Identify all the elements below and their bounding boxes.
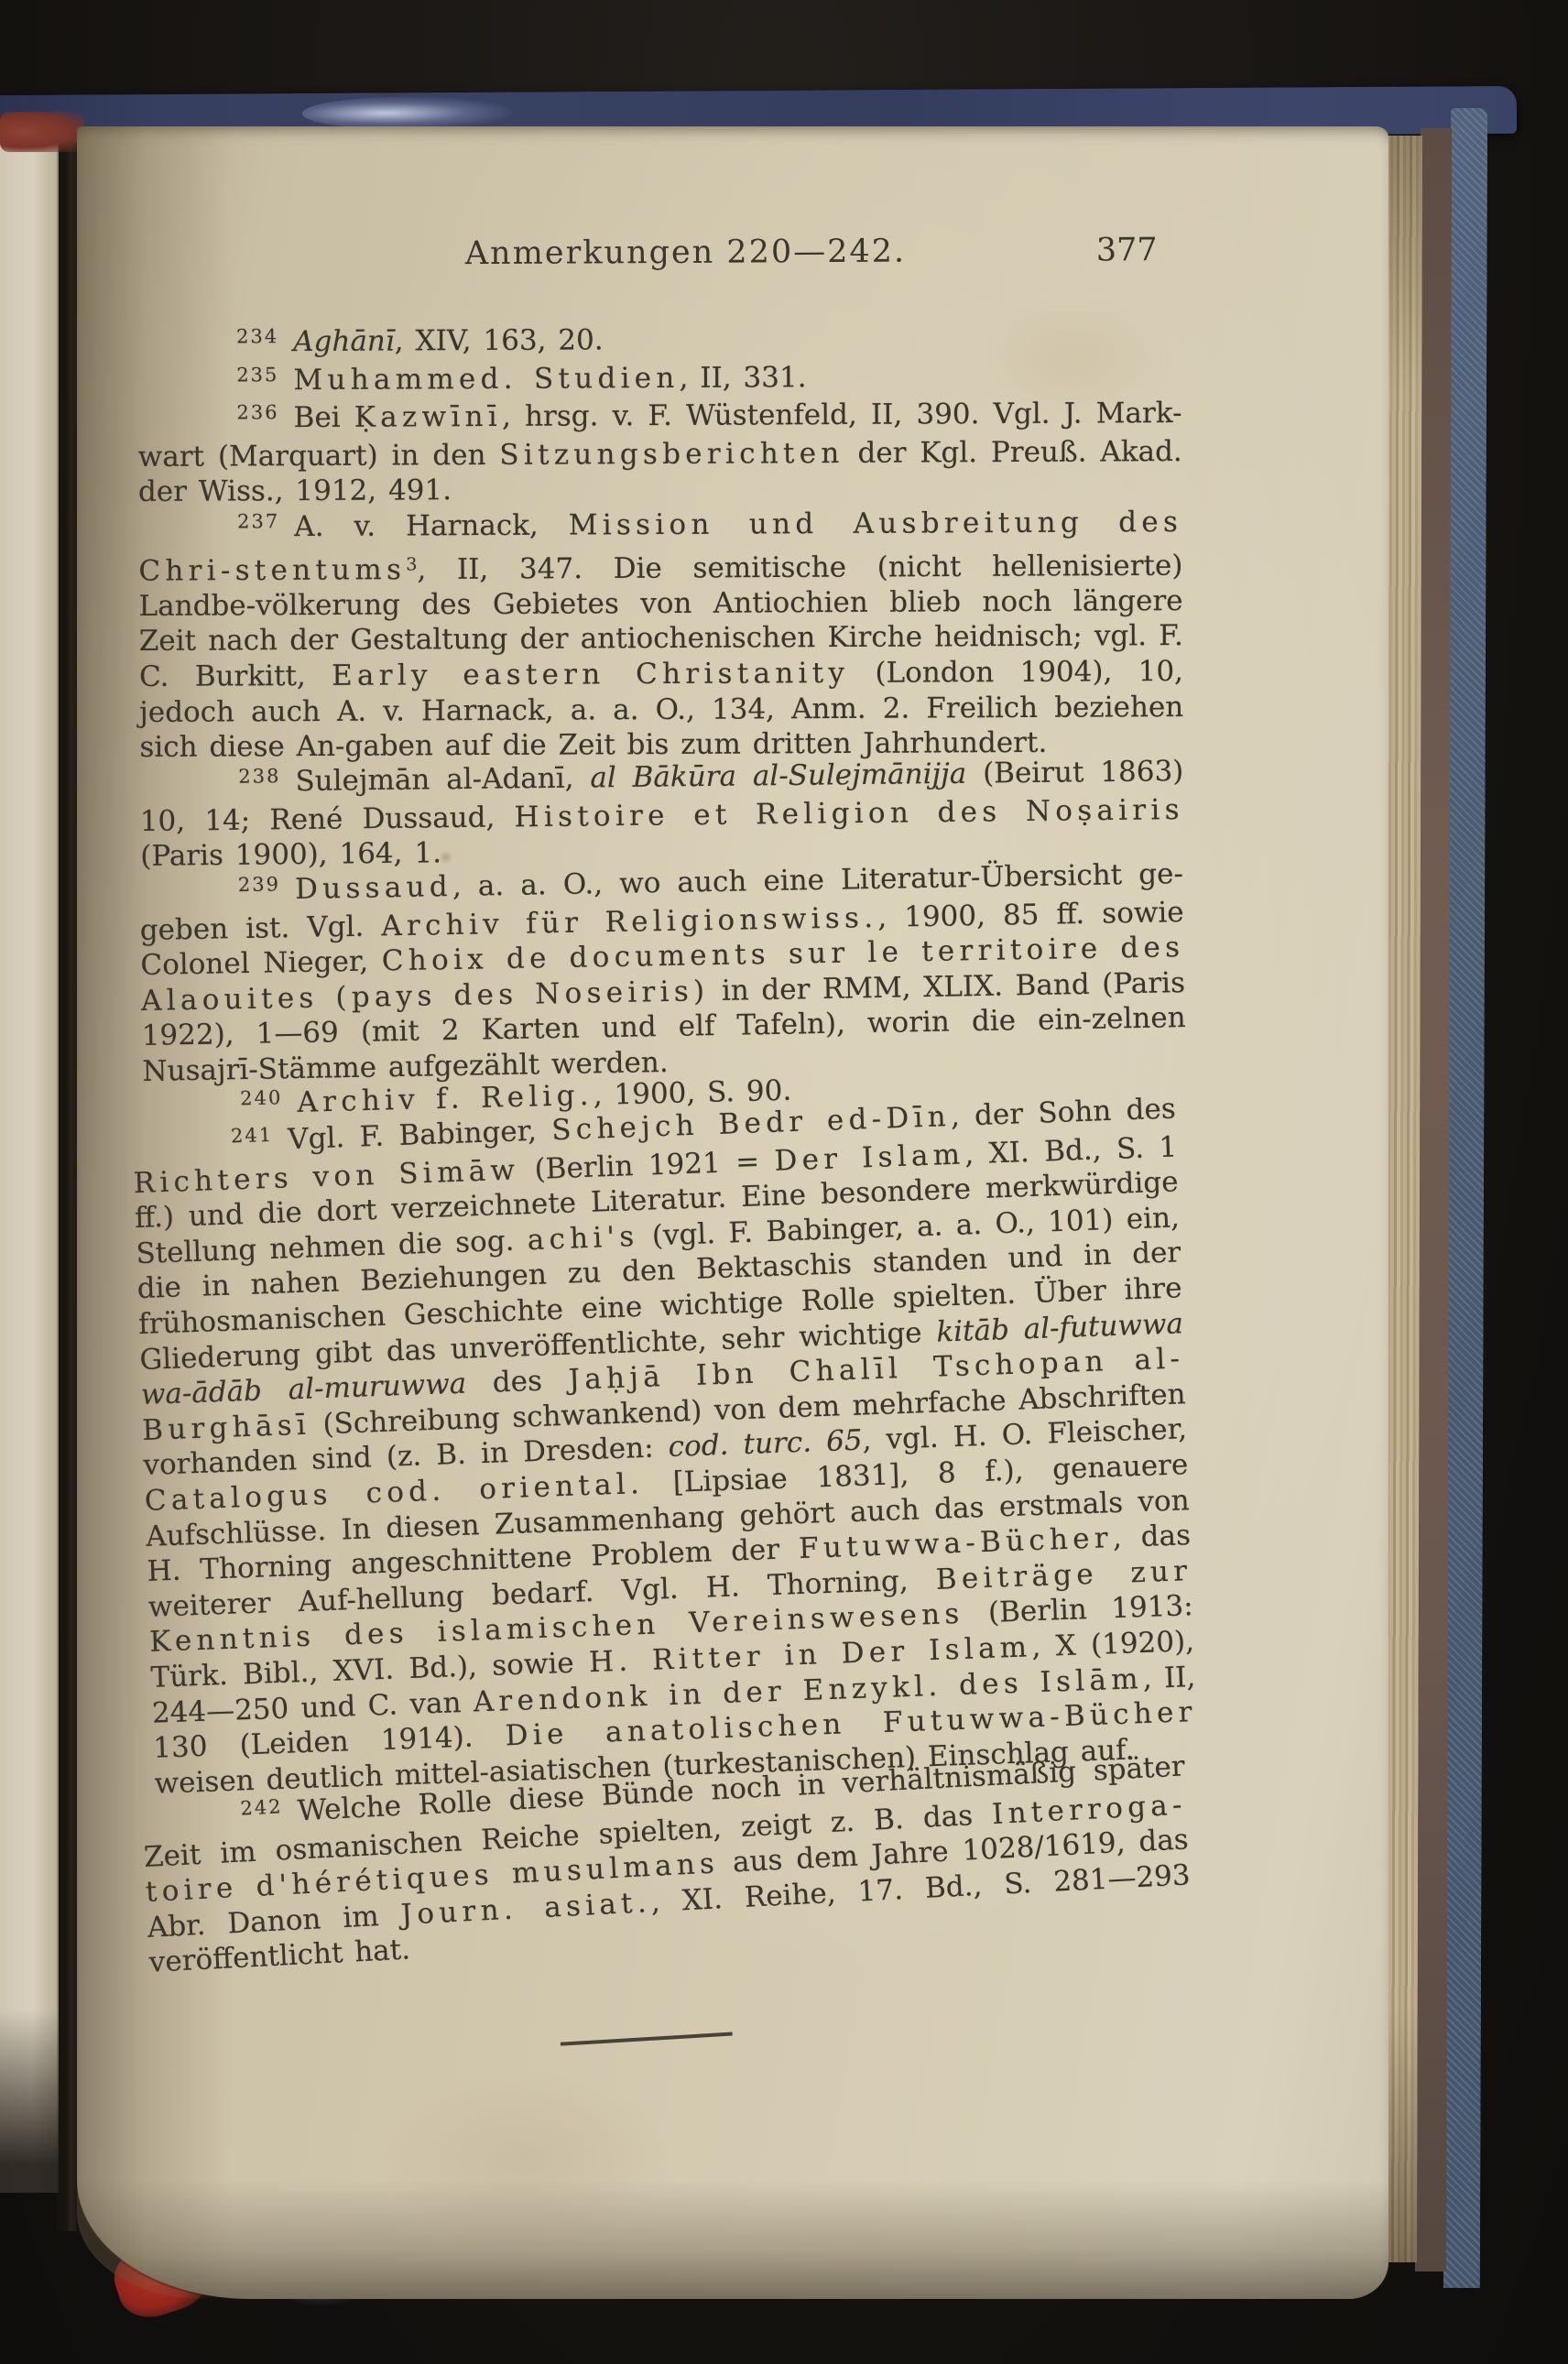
book-page: Anmerkungen 220—242. 377 234Aghānī, XIV,… xyxy=(77,126,1388,2299)
footnote-238: 238Sulejmān al-Adanī, al Bākūra al-Sulej… xyxy=(139,754,1184,875)
section-divider-rule xyxy=(561,2032,733,2045)
footnote-number: 240 xyxy=(240,1080,283,1117)
footnote-number: 235 xyxy=(236,357,278,393)
page-header: Anmerkungen 220—242. 377 xyxy=(136,232,1181,279)
footnote-234: 234Aghānī, XIV, 163, 20. xyxy=(137,320,1181,364)
footnote-number: 242 xyxy=(240,1789,284,1826)
footnote-241: 241Vgl. F. Babinger, Schejch Bedr ed-Dīn… xyxy=(132,1091,1199,1802)
footnote-number: 237 xyxy=(237,504,279,539)
footnote-number: 238 xyxy=(238,758,281,794)
running-title: Anmerkungen 220—242. xyxy=(465,234,906,273)
book-scan-photo: Anmerkungen 220—242. 377 234Aghānī, XIV,… xyxy=(0,0,1568,2364)
spine-red-detail-top xyxy=(0,112,84,152)
footnote-number: 234 xyxy=(236,319,278,354)
footnote-235: 235Muhammed. Studien, II, 331. xyxy=(137,358,1181,402)
paper-stain xyxy=(379,2068,672,2251)
footnote-239: 239Dussaud, a. a. O., wo auch eine Liter… xyxy=(139,856,1187,1089)
footnote-number: 239 xyxy=(238,866,281,902)
footnote-number: 241 xyxy=(230,1117,273,1154)
facing-page-edge xyxy=(0,137,59,2193)
footnotes: 234Aghānī, XIV, 163, 20.235Muhammed. Stu… xyxy=(137,320,1190,1981)
footnote-number: 236 xyxy=(236,395,278,430)
footnote-236: 236Bei Ḳazwīnī, hrsg. v. F. Wüstenfeld, … xyxy=(137,396,1182,510)
text-column: Anmerkungen 220—242. 377 234Aghānī, XIV,… xyxy=(137,320,1191,2043)
footnote-237: 237A. v. Harnack, Mission und Ausbreitun… xyxy=(138,505,1183,766)
book-gutter xyxy=(57,134,77,2231)
cover-light-reflection xyxy=(302,96,513,130)
page-number: 377 xyxy=(1096,232,1158,268)
